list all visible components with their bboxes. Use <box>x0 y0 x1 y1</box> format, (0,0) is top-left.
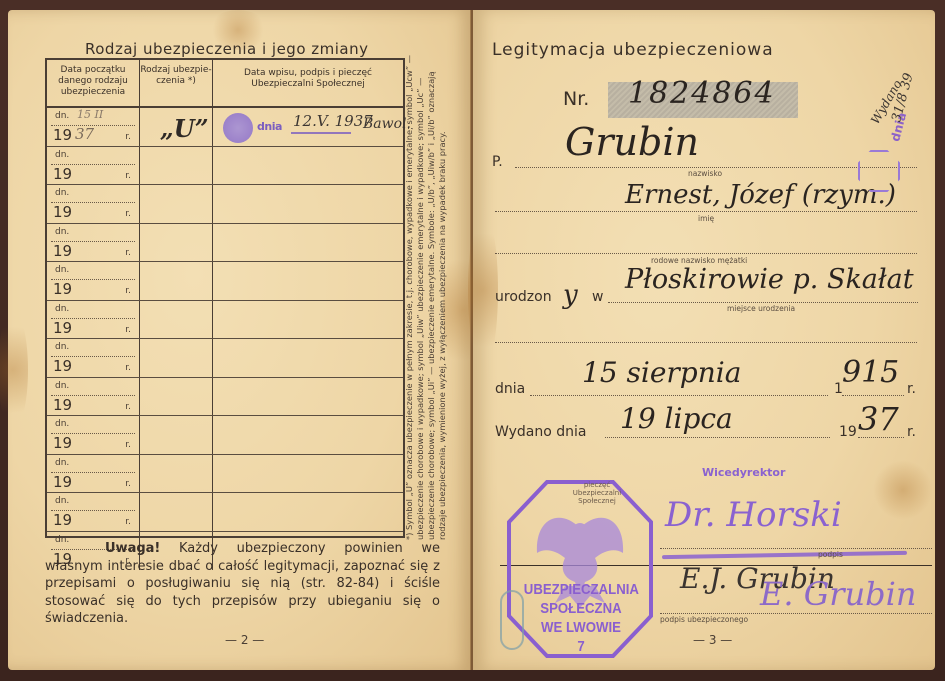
entry-signature-cell <box>213 301 403 339</box>
day-label: dn. <box>55 188 69 198</box>
start-date-cell: dn. 15 II 19 37 r. <box>47 108 140 146</box>
table-row: dn.19r. <box>47 416 403 455</box>
given-names-caption: imię <box>698 214 714 223</box>
year-suffix: r. <box>125 325 131 335</box>
year-prefix: 19 <box>53 511 72 529</box>
year-suffix: r. <box>125 286 131 296</box>
day-label: dn. <box>55 227 69 237</box>
insurance-type-title: Rodzaj ubezpieczenia i jego zmiany <box>85 40 369 58</box>
insurance-type-cell <box>140 455 213 493</box>
day-label: dn. <box>55 496 69 506</box>
insurance-type-cell <box>140 339 213 377</box>
entry-signature-cell <box>213 339 403 377</box>
year-prefix: 19 <box>53 473 72 491</box>
footnote-text: *) Symbol „U” oznacza ubezpieczenie w pe… <box>404 40 460 540</box>
table-row: dn.19r. <box>47 455 403 494</box>
year-suffix: r. <box>125 248 131 258</box>
start-date-cell: dn.19r. <box>47 262 140 300</box>
table-row: dn.19r. <box>47 493 403 532</box>
year-prefix: 19 <box>53 126 72 144</box>
issued-year-value: 37 <box>858 400 899 438</box>
birth-date-value: 15 sierpnia <box>582 356 741 389</box>
start-date-cell: dn.19r. <box>47 416 140 454</box>
start-date-cell: dn.19r. <box>47 185 140 223</box>
blue-pencil-mark <box>500 590 524 650</box>
issued-year-suffix: r. <box>907 424 916 440</box>
born-label: urodzon <box>495 289 552 305</box>
entry-signature-cell <box>213 455 403 493</box>
surname-prefix: P. <box>492 154 503 170</box>
page-number-left: — 2 — <box>225 633 264 647</box>
insurance-type-cell <box>140 301 213 339</box>
column-header-entry-signature: Data wpisu, podpis i pieczęć Ubezpieczal… <box>213 60 403 106</box>
holder-signature-caption: podpis ubezpieczonego <box>660 615 748 624</box>
year-prefix: 19 <box>53 203 72 221</box>
start-date-cell: dn.19r. <box>47 301 140 339</box>
year-handwritten: 37 <box>75 125 94 143</box>
table-row: dn.19r. <box>47 185 403 224</box>
seal-text: UBEZPIECZALNIA SPOŁECZNA WE LWOWIE 7 <box>524 580 638 656</box>
given-names-value: Ernest, Józef (rzym.) <box>625 180 896 210</box>
table-row: dn.19r. <box>47 224 403 263</box>
year-suffix: r. <box>125 171 131 181</box>
birth-year-value: 915 <box>842 355 899 390</box>
entry-signature-cell <box>213 378 403 416</box>
start-date-cell: dn.19r. <box>47 455 140 493</box>
stamp-dnia-text: dnia <box>257 120 282 133</box>
entry-signature-cell <box>213 416 403 454</box>
born-in-label: w <box>592 289 603 305</box>
birth-year-suffix: r. <box>907 381 916 397</box>
year-prefix: 19 <box>53 396 72 414</box>
year-suffix: r. <box>125 209 131 219</box>
entry-signature-cell: dnia 12.V. 1937 Bawol. <box>213 108 403 146</box>
page-number-right: — 3 — <box>693 633 732 647</box>
insurance-type-cell <box>140 378 213 416</box>
table-body: dn. 15 II 19 37 r. „U” dnia 12.V. 1937 B… <box>47 108 403 570</box>
year-suffix: r. <box>125 479 131 489</box>
year-suffix: r. <box>125 440 131 450</box>
year-suffix: r. <box>125 402 131 412</box>
year-prefix: 19 <box>53 357 72 375</box>
year-suffix: r. <box>125 517 131 527</box>
birthplace-caption: miejsce urodzenia <box>727 304 795 313</box>
insurance-type-cell <box>140 262 213 300</box>
start-date-cell: dn.19r. <box>47 339 140 377</box>
insurance-type-cell <box>140 185 213 223</box>
start-date-cell: dn.19r. <box>47 224 140 262</box>
day-label: dn. <box>55 265 69 275</box>
director-title-stamp: Wicedyrektor <box>702 466 785 479</box>
birthplace-value: Płoskirowie p. Skałat <box>625 264 914 295</box>
entry-signature-cell <box>213 147 403 185</box>
warning-label: Uwaga! <box>105 541 160 556</box>
table-row: dn.19r. <box>47 262 403 301</box>
entry-signature-cell <box>213 185 403 223</box>
year-suffix: r. <box>125 363 131 373</box>
year-prefix: 19 <box>53 319 72 337</box>
holder-signature-purple: E. Grubin <box>760 575 917 613</box>
number-label: Nr. <box>563 88 589 110</box>
day-label: dn. <box>55 111 69 121</box>
insurance-type-cell <box>140 416 213 454</box>
seal-caption: pieczęć Ubezpieczalni Społecznej <box>567 481 627 505</box>
born-suffix-handwritten: y <box>563 280 578 310</box>
table-row: dn. 15 II 19 37 r. „U” dnia 12.V. 1937 B… <box>47 108 403 147</box>
year-prefix: 19 <box>53 165 72 183</box>
table-row: dn.19r. <box>47 301 403 340</box>
start-date-cell: dn.19r. <box>47 378 140 416</box>
insurance-type-cell <box>140 493 213 531</box>
insurance-changes-table: Data początku danego rodzaju ubezpieczen… <box>45 58 405 538</box>
issued-year-prefix: 19 <box>839 424 857 440</box>
entry-date-handwritten: 12.V. 1937 <box>293 112 373 130</box>
insurance-type-cell: „U” <box>140 108 213 146</box>
document-title: Legitymacja ubezpieczeniowa <box>492 40 774 60</box>
day-label: dn. <box>55 342 69 352</box>
year-prefix: 19 <box>53 242 72 260</box>
warning-paragraph: Uwaga! Każdy ubezpieczony powinien we wł… <box>45 540 440 628</box>
director-signature-caption: podpis <box>818 550 843 559</box>
insurance-type-handwritten: „U” <box>160 114 209 143</box>
director-signature: Dr. Horski <box>665 495 842 535</box>
table-row: dn.19r. <box>47 339 403 378</box>
day-label: dn. <box>55 381 69 391</box>
table-row: dn.19r. <box>47 147 403 186</box>
table-header: Data początku danego rodzaju ubezpieczen… <box>47 60 403 108</box>
day-label: dn. <box>55 458 69 468</box>
start-date-cell: dn.19r. <box>47 147 140 185</box>
day-label: dn. <box>55 304 69 314</box>
column-header-insurance-type: Rodzaj ubezpie-czenia *) <box>140 60 213 106</box>
birth-date-label: dnia <box>495 381 525 397</box>
entry-signature-cell <box>213 493 403 531</box>
year-prefix: 19 <box>53 280 72 298</box>
surname-caption: nazwisko <box>688 169 722 178</box>
number-value: 1824864 <box>628 76 776 111</box>
entry-signature-cell <box>213 224 403 262</box>
table-row: dn.19r. <box>47 378 403 417</box>
round-seal-stamp <box>223 113 253 143</box>
issued-label: Wydano dnia <box>495 424 586 440</box>
column-header-start-date: Data początku danego rodzaju ubezpieczen… <box>47 60 140 106</box>
insurance-type-cell <box>140 147 213 185</box>
start-date-cell: dn.19r. <box>47 493 140 531</box>
insurance-type-cell <box>140 224 213 262</box>
day-handwritten: 15 II <box>77 108 103 121</box>
issued-date-value: 19 lipca <box>620 402 733 435</box>
year-prefix: 19 <box>53 434 72 452</box>
entry-signature-cell <box>213 262 403 300</box>
footnote-rotated: *) Symbol „U” oznacza ubezpieczenie w pe… <box>404 40 460 540</box>
year-suffix: r. <box>125 132 131 142</box>
day-label: dn. <box>55 150 69 160</box>
surname-value: Grubin <box>565 120 699 164</box>
day-label: dn. <box>55 419 69 429</box>
